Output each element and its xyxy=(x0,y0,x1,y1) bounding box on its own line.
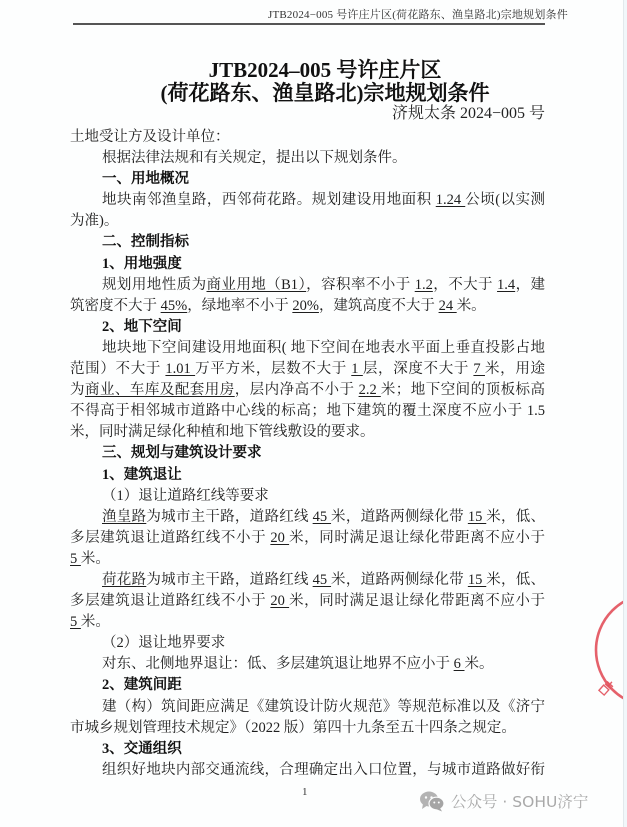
body-text-line: 地块南邻渔皇路，西邻荷花路。规划建设用地面积 1.24 公顷(以实测 xyxy=(70,190,545,211)
underlined-value: 5 xyxy=(70,614,81,630)
underlined-value: 1.01 xyxy=(165,361,195,377)
text-run: ，绿地率不小于 xyxy=(187,298,292,314)
text-run: 米，道路两侧绿化带 xyxy=(331,509,468,525)
body-text-line: （1）退让道路红线等要求 xyxy=(70,486,545,507)
text-run: ，层内净高不小于 xyxy=(235,382,359,398)
underlined-value: 45 xyxy=(313,572,331,588)
body-text-line: 为准)。 xyxy=(70,211,545,232)
underlined-value: 45% xyxy=(161,298,188,314)
text-run: 2、建筑间距 xyxy=(102,677,182,693)
body-text-line: 渔皇路为城市主干路，道路红线 45 米，道路两侧绿化带 15 米，低、 xyxy=(70,507,545,528)
underlined-value: 2.2 xyxy=(359,382,381,398)
body-text-line: 不得高于相邻城市道路中心线的标高；地下建筑的覆土深度不应小于 1.5 xyxy=(70,401,545,422)
text-run: 米；地下空间的顶板标高 xyxy=(381,382,545,398)
document-body: 土地受让方及设计单位：根据法律法规和有关规定，提出以下规划条件。一、用地概况地块… xyxy=(70,127,545,781)
body-text-line: 米，同时满足绿化种植和地下管线敷设的要求。 xyxy=(70,422,545,443)
section-heading: 二、控制指标 xyxy=(70,232,545,253)
underlined-value: 商业、车库及配套用房 xyxy=(85,382,235,398)
body-text-line: 多层建筑退让道路红线不小于 20 米，同时满足退让绿化带距离不应小于 xyxy=(70,591,545,612)
text-run: 米，低、 xyxy=(486,572,545,588)
text-run: 多层建筑退让道路红线不小于 xyxy=(70,593,270,609)
underlined-value: 20% xyxy=(292,298,319,314)
text-run: （1）退让道路红线等要求 xyxy=(102,488,269,504)
underlined-value: 45 xyxy=(313,509,331,525)
underlined-value: 20 xyxy=(270,530,289,546)
text-run: 2、地下空间 xyxy=(102,319,182,335)
underlined-value: 5 xyxy=(70,551,81,567)
text-run: 规划用地性质为 xyxy=(102,277,207,293)
watermark: 公众号 · SOHU济宁 xyxy=(419,790,588,812)
header-rule xyxy=(73,23,545,25)
underlined-value: 1.24 xyxy=(436,192,465,208)
text-run: 范围）不大于 xyxy=(70,361,165,377)
text-run: 米。 xyxy=(465,656,494,672)
document-number: 济规太条 2024−005 号 xyxy=(392,104,545,124)
text-run: 米，用途 xyxy=(485,361,545,377)
underlined-value: 6 xyxy=(454,656,465,672)
underlined-value: 1 xyxy=(351,361,363,377)
text-run: 建（构）筑间距应满足《建筑设计防火规范》等规范标准以及《济宁 xyxy=(102,699,545,715)
text-run: （2）退让地界要求 xyxy=(102,635,225,651)
underlined-value: 商业用地（B1） xyxy=(207,277,307,293)
body-text-line: 建（构）筑间距应满足《建筑设计防火规范》等规范标准以及《济宁 xyxy=(70,697,545,718)
wechat-icon xyxy=(419,790,445,812)
underlined-value: 荷花路 xyxy=(102,572,146,588)
document-title-line-1: JTB2024–005 号许庄片区 xyxy=(100,58,550,82)
subsection-heading: 3、交通组织 xyxy=(70,739,545,760)
text-run: 米，同时满足绿化种植和地下管线敷设的要求。 xyxy=(70,424,375,440)
underlined-value: 1.2 xyxy=(415,277,433,293)
text-run: 米，道路两侧绿化带 xyxy=(331,572,468,588)
text-run: 层，深度不大于 xyxy=(363,361,474,377)
page-number: 1 xyxy=(302,785,308,799)
text-run: 三、规划与建筑设计要求 xyxy=(102,445,262,461)
text-run: 1、用地强度 xyxy=(102,256,182,272)
text-run: 市城乡规划管理技术规定》（2022 版）第四十九条至五十四条之规定。 xyxy=(70,720,516,736)
text-run: 为 xyxy=(70,382,85,398)
text-run: 为城市主干路，道路红线 xyxy=(146,572,312,588)
running-header-title: JTB2024−005 号许庄片区(荷花路东、渔皇路北)宗地规划条件 xyxy=(268,9,568,22)
body-text-line: 范围）不大于 1.01 万平方米，层数不大于 1 层，深度不大于 7 米，用途 xyxy=(70,359,545,380)
text-run: 对东、北侧地界退让：低、多层建筑退让地界不应小于 xyxy=(102,656,454,672)
subsection-heading: 1、建筑退让 xyxy=(70,465,545,486)
text-run: 不得高于相邻城市道路中心线的标高；地下建筑的覆土深度不应小于 1.5 xyxy=(70,403,545,419)
text-run: 米，低、 xyxy=(486,509,545,525)
subsection-heading: 2、地下空间 xyxy=(70,317,545,338)
body-text-line: 组织好地块内部交通流线，合理确定出入口位置，与城市道路做好衔 xyxy=(70,760,545,781)
text-run: 根据法律法规和有关规定，提出以下规划条件。 xyxy=(102,150,407,166)
underlined-value: 1.4 xyxy=(497,277,515,293)
body-text-line: 为商业、车库及配套用房，层内净高不小于 2.2 米；地下空间的顶板标高 xyxy=(70,380,545,401)
text-run: 土地受让方及设计单位： xyxy=(70,129,230,145)
body-text-line: 市城乡规划管理技术规定》（2022 版）第四十九条至五十四条之规定。 xyxy=(70,718,545,739)
body-text-line: 筑密度不大于 45%，绿地率不小于 20%，建筑高度不大于 24 米。 xyxy=(70,296,545,317)
text-run: 一、用地概况 xyxy=(102,171,189,187)
text-run: ，不大于 xyxy=(433,277,497,293)
text-run: 3、交通组织 xyxy=(102,741,182,757)
text-run: 公顷(以实测 xyxy=(465,192,545,208)
body-text-line: （2）退让地界要求 xyxy=(70,633,545,654)
document-title-line-2: (荷花路东、渔皇路北)宗地规划条件 xyxy=(100,81,550,105)
text-run: 多层建筑退让道路红线不小于 xyxy=(70,530,270,546)
text-run: 米，同时满足退让绿化带距离不应小于 xyxy=(289,593,545,609)
body-text-line: 5 米。 xyxy=(70,612,545,633)
text-run: 1、建筑退让 xyxy=(102,467,182,483)
underlined-value: 7 xyxy=(473,361,485,377)
text-run: 地块地下空间建设用地面积( 地下空间在地表水平面上垂直投影占地 xyxy=(102,340,545,356)
text-run: 为准)。 xyxy=(70,213,118,229)
watermark-text: 公众号 · SOHU济宁 xyxy=(451,790,588,812)
text-run: 米。 xyxy=(457,298,486,314)
text-run: 米。 xyxy=(81,614,110,630)
body-text-line: 根据法律法规和有关规定，提出以下规划条件。 xyxy=(70,148,545,169)
text-run: 地块南邻渔皇路，西邻荷花路。规划建设用地面积 xyxy=(102,192,436,208)
body-text-line: 多层建筑退让道路红线不小于 20 米，同时满足退让绿化带距离不应小于 xyxy=(70,528,545,549)
body-text-line: 土地受让方及设计单位： xyxy=(70,127,545,148)
underlined-value: 渔皇路 xyxy=(102,509,146,525)
subsection-heading: 2、建筑间距 xyxy=(70,675,545,696)
text-run: ，容积率不小于 xyxy=(306,277,415,293)
text-run: 万平方米，层数不大于 xyxy=(195,361,351,377)
underlined-value: 15 xyxy=(468,509,486,525)
section-heading: 一、用地概况 xyxy=(70,169,545,190)
text-run: ，建 xyxy=(515,277,545,293)
text-run: 米。 xyxy=(81,551,110,567)
underlined-value: 20 xyxy=(270,593,289,609)
text-run: 米，同时满足退让绿化带距离不应小于 xyxy=(289,530,545,546)
text-run: 筑密度不大于 xyxy=(70,298,161,314)
underlined-value: 15 xyxy=(468,572,486,588)
underlined-value: 24 xyxy=(439,298,457,314)
body-text-line: 规划用地性质为商业用地（B1），容积率不小于 1.2，不大于 1.4，建 xyxy=(70,275,545,296)
section-heading: 三、规划与建筑设计要求 xyxy=(70,443,545,464)
text-run: 为城市主干路，道路红线 xyxy=(146,509,312,525)
text-run: ，建筑高度不大于 xyxy=(319,298,439,314)
body-text-line: 荷花路为城市主干路，道路红线 45 米，道路两侧绿化带 15 米，低、 xyxy=(70,570,545,591)
body-text-line: 地块地下空间建设用地面积( 地下空间在地表水平面上垂直投影占地 xyxy=(70,338,545,359)
text-run: 组织好地块内部交通流线，合理确定出入口位置，与城市道路做好衔 xyxy=(102,762,545,778)
page-edge xyxy=(623,0,627,827)
subsection-heading: 1、用地强度 xyxy=(70,254,545,275)
body-text-line: 对东、北侧地界退让：低、多层建筑退让地界不应小于 6 米。 xyxy=(70,654,545,675)
body-text-line: 5 米。 xyxy=(70,549,545,570)
text-run: 二、控制指标 xyxy=(102,234,189,250)
